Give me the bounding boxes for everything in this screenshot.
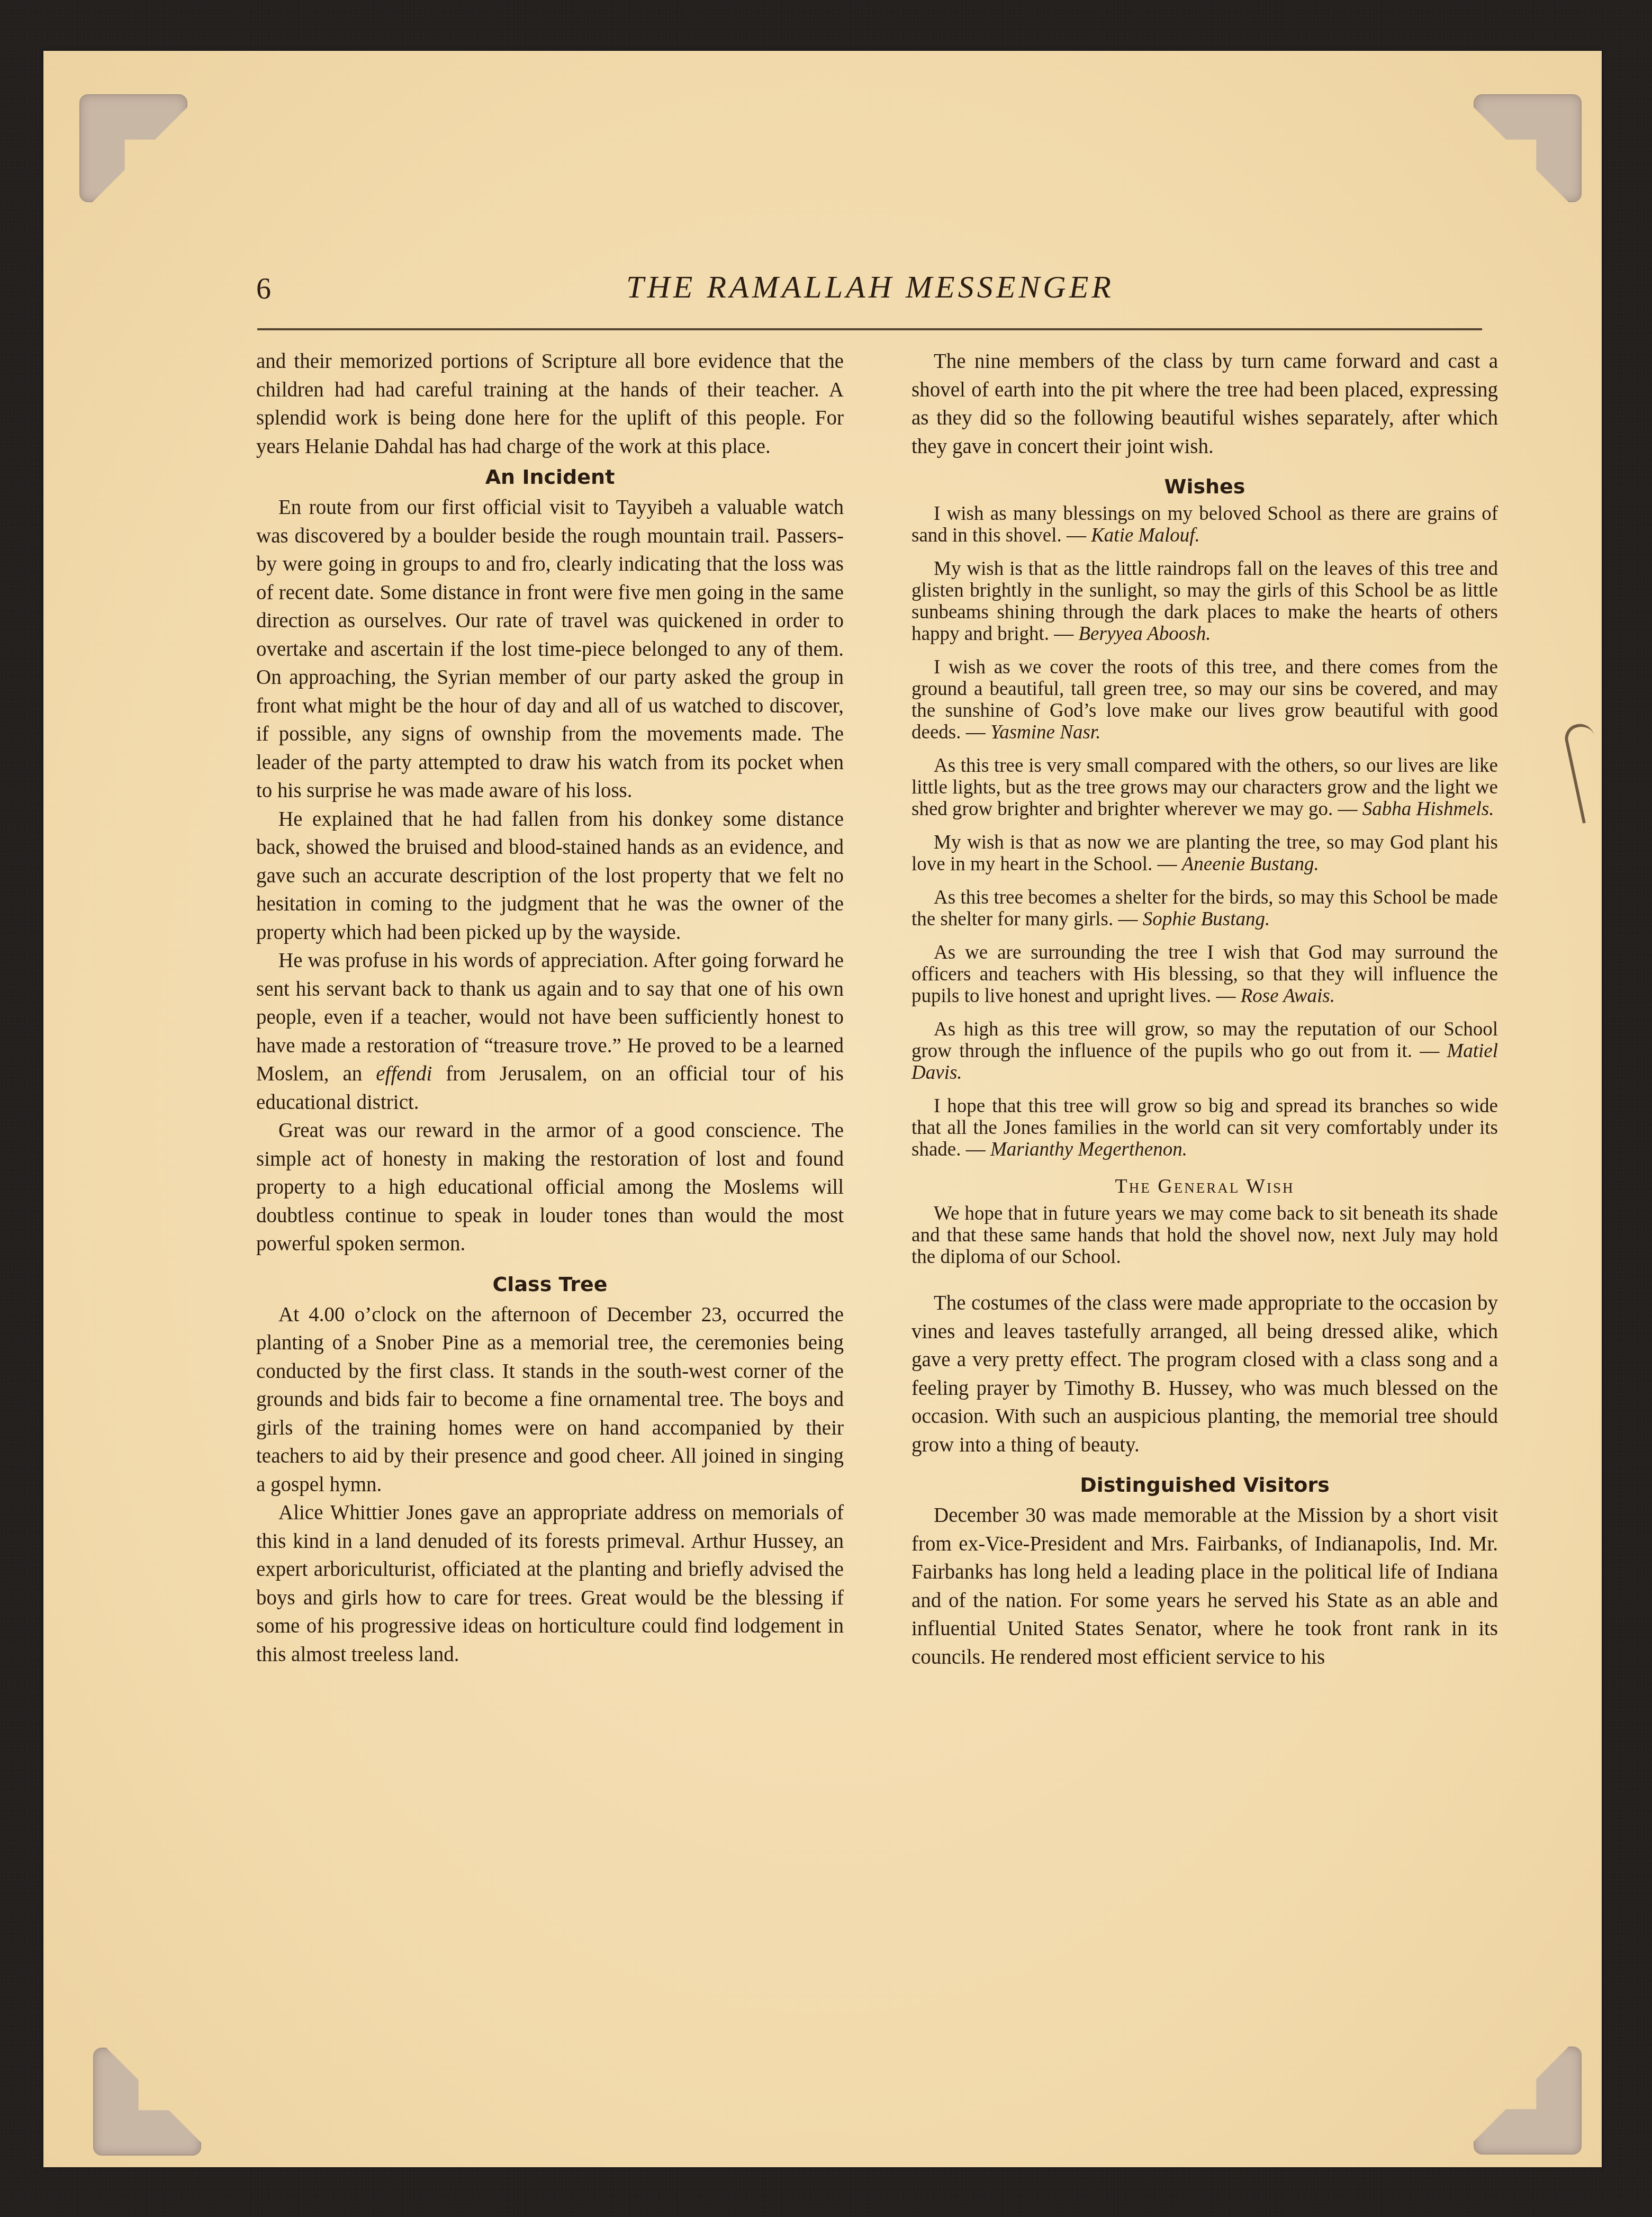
photo-corner-top-right <box>1474 94 1582 202</box>
wish-item: I wish as we cover the roots of this tre… <box>911 656 1498 743</box>
wishes-list: I wish as many blessings on my beloved S… <box>911 503 1498 1268</box>
section-heading-distinguished-visitors: Distinguished Visitors <box>911 1471 1498 1499</box>
wish-item: I hope that this tree will grow so big a… <box>911 1095 1498 1160</box>
wish-author: Rose Awais. <box>1241 985 1335 1007</box>
newspaper-page: 6 THE RAMALLAH MESSENGER and their memor… <box>43 51 1602 2167</box>
right-column: The nine members of the class by turn ca… <box>911 347 1498 1671</box>
wish-item: My wish is that as now we are planting t… <box>911 832 1498 875</box>
left-column: and their memorized portions of Scriptur… <box>256 347 844 1669</box>
italic-term: effendi <box>376 1062 432 1085</box>
pencil-mark <box>1562 721 1611 824</box>
wish-item: As we are surrounding the tree I wish th… <box>911 942 1498 1007</box>
visitors-paragraph: December 30 was made memorable at the Mi… <box>911 1501 1498 1671</box>
photo-corner-top-left <box>79 94 187 202</box>
masthead-title: THE RAMALLAH MESSENGER <box>256 269 1484 305</box>
wish-author: Katie Malouf. <box>1091 525 1200 546</box>
appreciation-paragraph: He was profuse in his words of appreciat… <box>256 947 844 1116</box>
class-tree-paragraph: Alice Whittier Jones gave an appropriate… <box>256 1499 844 1669</box>
wish-item: As this tree is very small compared with… <box>911 755 1498 820</box>
section-heading-general-wish: The General Wish <box>911 1172 1498 1201</box>
wish-author: Sabha Hishmels. <box>1362 798 1494 820</box>
photo-corner-bottom-left <box>93 2048 201 2156</box>
page-header: 6 THE RAMALLAH MESSENGER <box>256 269 1484 332</box>
incident-paragraph: He explained that he had fallen from his… <box>256 805 844 947</box>
wish-text: As high as this tree will grow, so may t… <box>911 1019 1498 1062</box>
wish-item: As high as this tree will grow, so may t… <box>911 1019 1498 1084</box>
general-wish-paragraph: We hope that in future years we may come… <box>911 1203 1498 1268</box>
wish-text: I wish as many blessings on my beloved S… <box>911 503 1498 546</box>
closing-paragraph: Great was our reward in the armor of a g… <box>256 1116 844 1258</box>
wish-author: Beryyea Aboosh. <box>1078 623 1211 645</box>
wish-author: Marianthy Megerthenon. <box>990 1139 1187 1160</box>
wish-item: I wish as many blessings on my beloved S… <box>911 503 1498 546</box>
incident-paragraph: En route from our first official visit t… <box>256 493 844 805</box>
wish-item: My wish is that as the little raindrops … <box>911 558 1498 645</box>
wish-item: As this tree becomes a shelter for the b… <box>911 887 1498 930</box>
wish-author: Yasmine Nasr. <box>990 722 1100 743</box>
photo-corner-bottom-right <box>1474 2047 1582 2155</box>
section-heading-wishes: Wishes <box>911 472 1498 501</box>
wish-author: Aneenie Bustang. <box>1182 853 1319 875</box>
section-heading-an-incident: An Incident <box>256 463 844 491</box>
header-rule <box>257 328 1482 330</box>
intro-paragraph: and their memorized portions of Scriptur… <box>256 347 844 461</box>
costumes-paragraph: The costumes of the class were made appr… <box>911 1289 1498 1459</box>
intro-paragraph: The nine members of the class by turn ca… <box>911 347 1498 461</box>
section-heading-class-tree: Class Tree <box>256 1270 844 1299</box>
class-tree-paragraph: At 4.00 o’clock on the afternoon of Dece… <box>256 1301 844 1499</box>
wish-author: Sophie Bustang. <box>1143 908 1270 930</box>
wish-text: As we are surrounding the tree I wish th… <box>911 942 1498 1007</box>
